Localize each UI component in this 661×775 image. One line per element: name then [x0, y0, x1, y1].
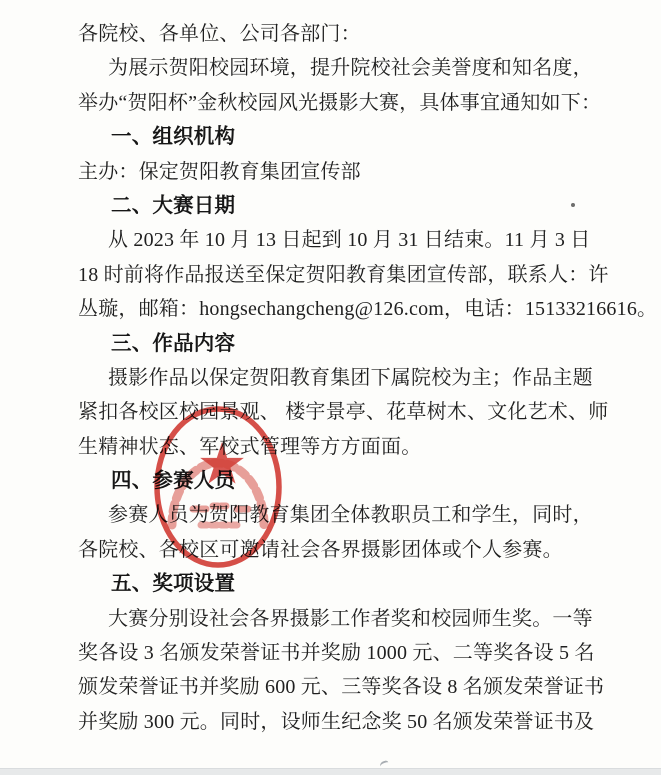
participants-line-1: 参赛人员为贺阳教育集团全体教职员工和学生，同时， — [78, 498, 621, 532]
dates-line-2: 18 时前将作品报送至保定贺阳教育集团宣传部，联系人：许 — [78, 258, 621, 292]
awards-line-2: 奖各设 3 名颁发荣誉证书并奖励 1000 元、二等奖各设 5 名 — [78, 636, 621, 670]
scan-bottom-edge — [0, 768, 661, 775]
scanned-notice-page: 各院校、各单位、公司各部门： 为展示贺阳校园环境，提升院校社会美誉度和知名度， … — [0, 0, 661, 775]
contact-line: 丛璇，邮箱：hongsechangcheng@126.com，电话：151332… — [78, 292, 621, 326]
organizer-line: 主办：保定贺阳教育集团宣传部 — [78, 155, 621, 189]
section-heading-1: 一、组织机构 — [78, 120, 621, 154]
section-heading-5: 五、奖项设置 — [78, 567, 621, 601]
salutation-line: 各院校、各单位、公司各部门： — [78, 17, 621, 51]
content-line-2: 紧扣各校区校园景观、 楼宇景亭、花草树木、文化艺术、师 — [78, 395, 621, 429]
section-heading-3: 三、作品内容 — [78, 327, 621, 361]
awards-line-3: 颁发荣誉证书并奖励 600 元、三等奖各设 8 名颁发荣誉证书 — [78, 670, 621, 704]
content-line-1: 摄影作品以保定贺阳教育集团下属院校为主；作品主题 — [78, 361, 621, 395]
section-heading-2: 二、大赛日期 — [78, 189, 621, 223]
document-body: 各院校、各单位、公司各部门： 为展示贺阳校园环境，提升院校社会美誉度和知名度， … — [78, 17, 621, 739]
scan-artifact-dot — [571, 203, 575, 207]
participants-line-2: 各院校、各校区可邀请社会各界摄影团体或个人参赛。 — [78, 533, 621, 567]
section-heading-4: 四、参赛人员 — [78, 464, 621, 498]
content-line-3: 生精神状态、军校式管理等方方面面。 — [78, 430, 621, 464]
intro-line-1: 为展示贺阳校园环境，提升院校社会美誉度和知名度， — [78, 51, 621, 85]
awards-line-1: 大赛分别设社会各界摄影工作者奖和校园师生奖。一等 — [78, 602, 621, 636]
dates-line-1: 从 2023 年 10 月 13 日起到 10 月 31 日结束。11 月 3 … — [78, 223, 621, 257]
intro-line-2: 举办“贺阳杯”金秋校园风光摄影大赛，具体事宜通知如下： — [78, 86, 621, 120]
awards-line-4: 并奖励 300 元。同时，设师生纪念奖 50 名颁发荣誉证书及 — [78, 705, 621, 739]
